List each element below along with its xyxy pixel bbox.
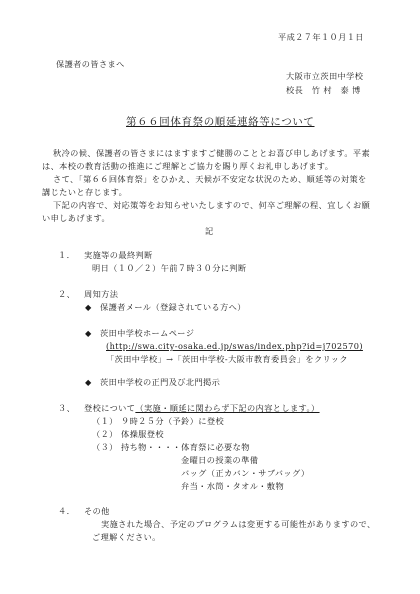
belongings-3: 弁当・水筒・タオル・敷物 — [181, 481, 284, 491]
ki-heading: 記 — [205, 226, 214, 236]
belongings-2: バッグ（正カバン・サブバッグ） — [181, 468, 309, 478]
item-3-text: 持ち物・・・・体育祭に必要な物 — [121, 442, 250, 452]
item-3-number: （３） — [92, 442, 118, 452]
intro-p3-line2: い申しあげます。 — [42, 213, 110, 223]
page-title: 第６６回体育祭の順延連絡等について — [126, 117, 315, 127]
date: 平成２７年１０月１日 — [278, 32, 364, 42]
intro-p2-line1: さて、「第６６回体育祭」をひかえ、天候が不安定な状況のため、順延等の対策を — [53, 174, 367, 184]
section-4-number: ４． — [58, 506, 75, 516]
section-4-line1: 実施された場合、予定のプログラムは変更する可能性がありますので、 — [101, 519, 376, 529]
diamond-bullet-icon: ◆ — [85, 328, 92, 338]
section-3-heading-note: （実施・順延に関わらず下記の内容とします。） — [135, 403, 319, 413]
section-2-number: ２、 — [58, 289, 75, 299]
intro-p3-line1: 下記の内容で、対応策等をお知らせいたしますので、何卒ご理解の程、宜しくお願 — [53, 200, 370, 210]
section-2-heading: 周知方法 — [84, 289, 118, 299]
item-1-text: ９時２５分（予鈴）に登校 — [121, 416, 224, 426]
bullet-homepage: 茨田中学校ホームページ — [100, 328, 194, 338]
section-1-heading: 実施等の最終判断 — [84, 250, 153, 260]
principal-name: 校長 竹 村 泰 博 — [286, 85, 361, 95]
item-2-number: （２） — [92, 429, 118, 439]
section-3-heading: 登校について（実施・順延に関わらず下記の内容とします。） — [84, 403, 320, 413]
section-4-heading: その他 — [84, 506, 110, 516]
diamond-bullet-icon: ◆ — [85, 377, 92, 387]
section-1-detail: 明日（１０／２）午前７時３０分に判断 — [92, 263, 247, 273]
school-name: 大阪市立茨田中学校 — [286, 71, 363, 81]
item-2-text: 体操服登校 — [121, 429, 164, 439]
section-3-number: ３、 — [58, 403, 75, 413]
section-1-number: １． — [58, 250, 75, 260]
section-4-line2: ご理解ください。 — [92, 532, 161, 542]
bullet-parent-mail: 保護者メール（登録されている方へ） — [100, 302, 246, 312]
homepage-instruction: 「茨田中学校」→「茨田中学校-大阪市教育委員会」をクリック — [106, 354, 348, 364]
intro-p1-line2: は、本校の教育活動の推進にご理解とご協力を賜り厚くお礼申しあげます。 — [42, 161, 333, 171]
intro-p1-line1: 秋冷の候、保護者の皆さまにはますますご健勝のこととお喜び申しあげます。平素 — [53, 148, 370, 158]
intro-p2-line2: 講じたいと存じます。 — [42, 187, 127, 197]
recipient: 保護者の皆さまへ — [56, 59, 125, 69]
bullet-gate-notice: 茨田中学校の正門及び北門掲示 — [100, 377, 220, 387]
belongings-1: 金曜日の授業の準備 — [181, 455, 258, 465]
homepage-link[interactable]: (http://swa.city-osaka.ed.jp/swas/index.… — [106, 341, 363, 351]
item-1-number: （１） — [92, 416, 118, 426]
diamond-bullet-icon: ◆ — [85, 302, 92, 312]
section-3-heading-text: 登校について — [84, 403, 135, 413]
